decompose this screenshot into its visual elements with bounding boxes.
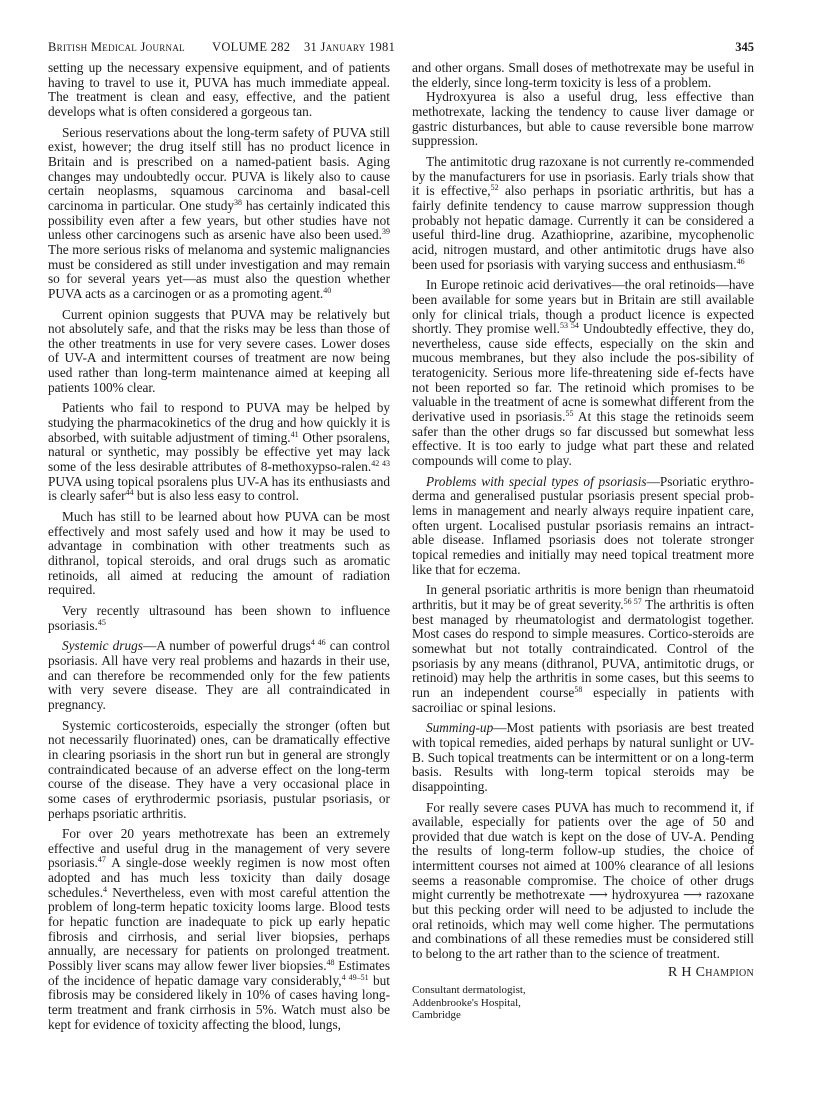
journal-name: British Medical Journal: [48, 40, 185, 55]
right-column: and other organs. Small doses of methotr…: [412, 61, 754, 1022]
reference-superscript: 47: [98, 855, 106, 864]
author-affiliation: Consultant dermatologist, Addenbrooke's …: [412, 984, 754, 1022]
reference-superscript: 48: [327, 958, 335, 967]
paragraph-methotrexate-continued: and other organs. Small doses of methotr…: [412, 61, 754, 90]
paragraph-razoxane: The antimitotic drug razoxane is not cur…: [412, 155, 754, 272]
page-number: 345: [735, 40, 754, 55]
reference-superscript: 45: [98, 618, 106, 627]
text: —A number of powerful drugs: [143, 638, 311, 653]
paragraph-puva-appeal: setting up the necessary expensive equip…: [48, 61, 390, 120]
paragraph-puva-safety: Serious reservations about the long-term…: [48, 126, 390, 302]
left-column: setting up the necessary expensive equip…: [48, 61, 390, 1032]
paragraph-psoriatic-arthritis: In general psoriatic arthritis is more b…: [412, 583, 754, 715]
paragraph-methotrexate: For over 20 years methotrexate has been …: [48, 827, 390, 1032]
section-heading-special-types: Problems with special types of psoriasis: [426, 474, 647, 489]
reference-superscript: 4 49–51: [342, 973, 369, 982]
author-signature: R H Champion: [412, 966, 754, 981]
paragraph-current-opinion: Current opinion suggests that PUVA may b…: [48, 308, 390, 396]
running-header: British Medical Journal VOLUME 282 31 Ja…: [48, 40, 754, 58]
text: The more serious risks of melanoma and s…: [48, 242, 390, 301]
text: —Psoriatic erythro-derma and generalised…: [412, 474, 754, 577]
paragraph-ultrasound: Very recently ultrasound has been shown …: [48, 604, 390, 633]
text: but is also less easy to control.: [134, 488, 299, 503]
reference-superscript: 52: [491, 183, 499, 192]
reference-superscript: 44: [126, 488, 134, 497]
paragraph-corticosteroids: Systemic corticosteroids, especially the…: [48, 719, 390, 822]
journal-volume: VOLUME 282: [212, 40, 290, 55]
reference-superscript: 40: [323, 286, 331, 295]
paragraph-combination-treatments: Much has still to be learned about how P…: [48, 510, 390, 598]
reference-superscript: 4 46: [311, 638, 326, 647]
reference-superscript: 46: [737, 257, 745, 266]
reference-superscript: 41: [291, 430, 299, 439]
reference-superscript: 38: [234, 198, 242, 207]
paragraph-systemic-drugs: Systemic drugs—A number of powerful drug…: [48, 639, 390, 712]
section-heading-summing-up: Summing-up: [426, 720, 493, 735]
paragraph-summing-up: Summing-up—Most patients with psoriasis …: [412, 721, 754, 794]
affiliation-line: Consultant dermatologist,: [412, 984, 754, 997]
paragraph-hydroxyurea: Hydroxyurea is also a useful drug, less …: [412, 90, 754, 149]
reference-superscript: 56 57: [624, 597, 642, 606]
paragraph-retinoids: In Europe retinoic acid derivatives—the …: [412, 278, 754, 469]
reference-superscript: 53 54: [560, 321, 579, 330]
affiliation-line: Cambridge: [412, 1009, 754, 1022]
reference-superscript: 39: [382, 227, 390, 236]
issue-date: 31 January 1981: [304, 40, 395, 55]
affiliation-line: Addenbrooke's Hospital,: [412, 997, 754, 1010]
paragraph-pharmacokinetics: Patients who fail to respond to PUVA may…: [48, 401, 390, 504]
paragraph-special-types: Problems with special types of psoriasis…: [412, 475, 754, 578]
paragraph-severe-cases: For really severe cases PUVA has much to…: [412, 801, 754, 962]
reference-superscript: 42 43: [371, 459, 390, 468]
section-heading-systemic-drugs: Systemic drugs: [62, 638, 143, 653]
